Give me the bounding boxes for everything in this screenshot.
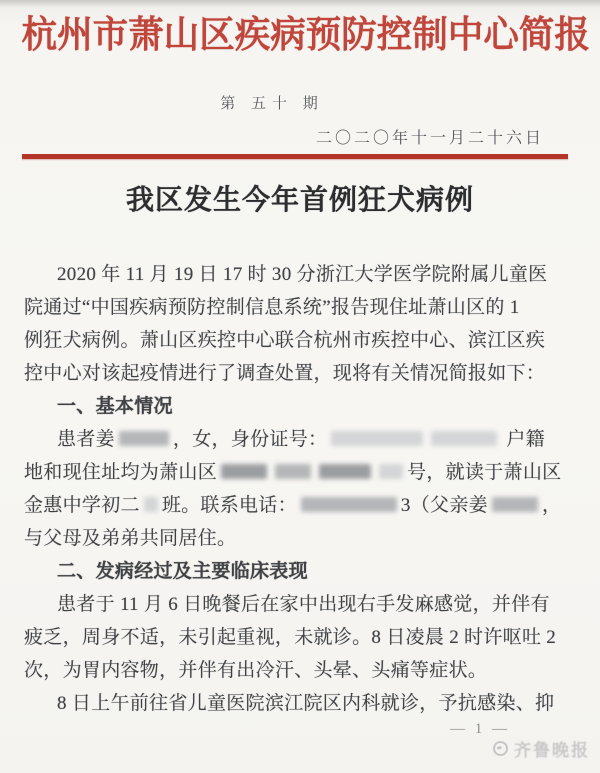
body-text: ， (542, 495, 561, 516)
body-text: 3（父亲姜 (401, 495, 488, 516)
body-line: 控中心对该起疫情进行了调查处置，现将有关情况简报如下： (24, 357, 562, 390)
body-text: 与父母及弟弟共同居住。 (24, 528, 236, 549)
body-text: 2020 年 11 月 19 日 17 时 30 分浙江大学医学院附属儿童医 (57, 264, 547, 285)
body-line: 2020 年 11 月 19 日 17 时 30 分浙江大学医学院附属儿童医 (24, 258, 562, 291)
body-text: 次，为胃内容物，并伴有出冷汗、头晕、头痛等症状。 (24, 660, 487, 681)
body-text: 疲乏，周身不适，未引起重视，未就诊。8 日凌晨 2 时许呕吐 2 (24, 627, 556, 648)
redacted-region (379, 464, 403, 479)
body-line: 患者于 11 月 6 日晚餐后在家中出现右手发麻感觉，并伴有 (24, 588, 562, 621)
header-divider-rule (22, 154, 568, 159)
body-line: 院通过“中国疾病预防控制信息系统”报告现住址萧山区的 1 (24, 291, 562, 324)
section-heading: 一、基本情况 (24, 390, 562, 423)
redacted-region (301, 497, 397, 512)
document-body: 2020 年 11 月 19 日 17 时 30 分浙江大学医学院附属儿童医院通… (24, 258, 562, 720)
redacted-region (221, 464, 267, 479)
body-text: 班。联系电话： (162, 495, 297, 516)
scanned-bulletin-page: 杭州市萧山区疾病预防控制中心简报 第 五十 期 二〇二〇年十一月二十六日 我区发… (0, 0, 600, 773)
body-text: 控中心对该起疫情进行了调查处置，现将有关情况简报如下： (24, 363, 545, 384)
body-line: 金惠中学初二班。联系电话：3（父亲姜， (24, 489, 562, 522)
scan-edge-artifact (0, 0, 600, 8)
body-line: 次，为胃内容物，并伴有出冷汗、头晕、头痛等症状。 (24, 654, 562, 687)
body-line: 8 日上午前往省儿童医院滨江院区内科就诊，予抗感染、抑 (24, 687, 562, 720)
body-text: 户籍 (501, 429, 545, 450)
redacted-region (331, 431, 423, 446)
body-line: 与父母及弟弟共同居住。 (24, 522, 562, 555)
body-line: 例狂犬病例。萧山区疾控中心联合杭州市疾控中心、滨江区疾 (24, 324, 562, 357)
bulletin-header: 杭州市萧山区疾病预防控制中心简报 第 五十 期 二〇二〇年十一月二十六日 (0, 12, 600, 159)
issue-date: 二〇二〇年十一月二十六日 (0, 125, 600, 148)
body-text: ，女，身份证号： (173, 429, 327, 450)
body-text: 号，就读于萧山区 (407, 462, 561, 483)
watermark: 齐鲁晚报 (493, 736, 590, 761)
redacted-region (119, 431, 169, 446)
body-text: 二、发病经过及主要临床表现 (57, 561, 308, 582)
body-line: 疲乏，周身不适，未引起重视，未就诊。8 日凌晨 2 时许呕吐 2 (24, 621, 562, 654)
bulletin-masthead-title: 杭州市萧山区疾病预防控制中心简报 (22, 12, 579, 60)
redacted-region (319, 464, 371, 479)
body-text: 8 日上午前往省儿童医院滨江院区内科就诊，予抗感染、抑 (57, 693, 554, 714)
body-line: 地和现住址均为萧山区号，就读于萧山区 (24, 456, 562, 489)
body-line: 患者姜，女，身份证号： 户籍 (24, 423, 562, 456)
section-heading: 二、发病经过及主要临床表现 (24, 555, 562, 588)
watermark-text: 齐鲁晚报 (514, 736, 590, 761)
body-text: 金惠中学初二 (24, 495, 140, 516)
body-text: 一、基本情况 (57, 396, 173, 417)
redacted-region (275, 464, 311, 479)
body-text: 患者于 11 月 6 日晚餐后在家中出现右手发麻感觉，并伴有 (57, 594, 550, 615)
redacted-region (144, 497, 158, 512)
redacted-region (431, 431, 497, 446)
redacted-region (492, 497, 538, 512)
article-title: 我区发生今年首例狂犬病例 (0, 184, 600, 218)
body-text: 院通过“中国疾病预防控制信息系统”报告现住址萧山区的 1 (24, 297, 520, 318)
qilu-logo-icon (491, 739, 509, 757)
body-text: 例狂犬病例。萧山区疾控中心联合杭州市疾控中心、滨江区疾 (24, 330, 545, 351)
body-text: 地和现住址均为萧山区 (24, 462, 217, 483)
issue-number: 第 五十 期 (0, 92, 572, 113)
body-text: 患者姜 (57, 429, 115, 450)
